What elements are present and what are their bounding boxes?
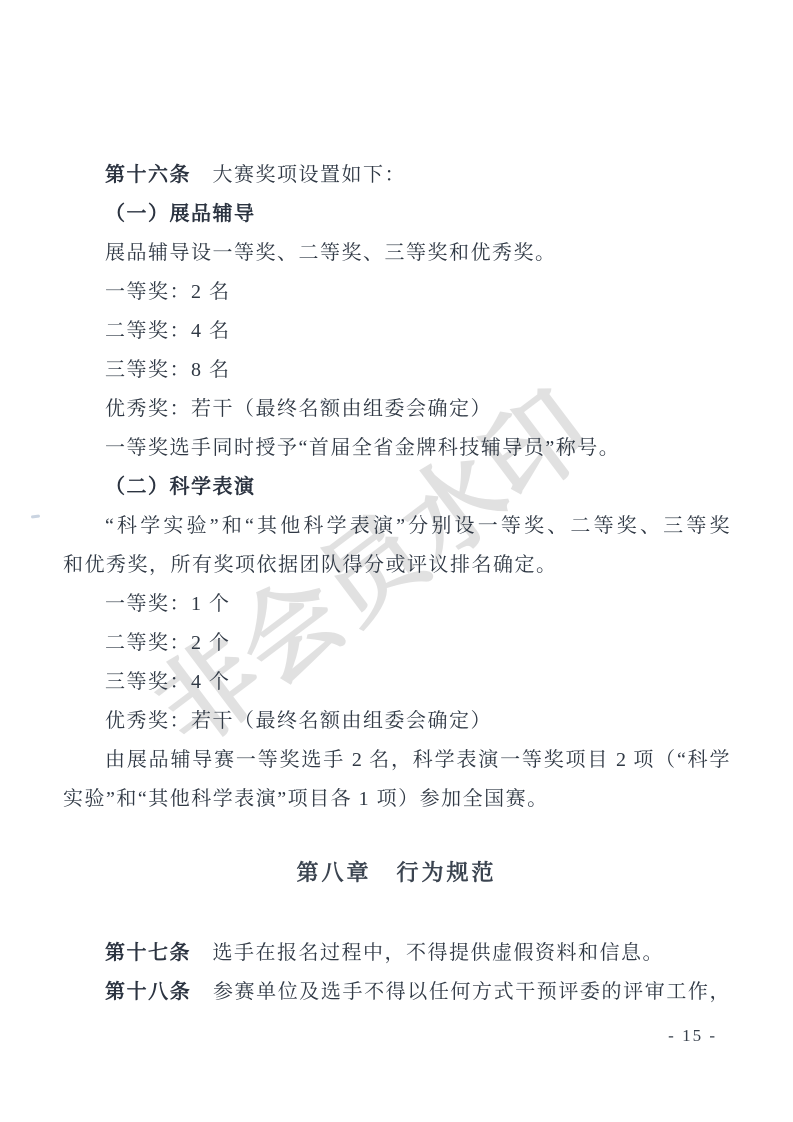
doc-line-article-18: 第十八条 参赛单位及选手不得以任何方式干预评委的评审工作， (63, 973, 730, 1012)
scan-artifact-mark (31, 514, 40, 518)
doc-line-second-prize: 二等奖：4 名 (63, 312, 730, 351)
doc-line-title-award: 一等奖选手同时授予“首届全省金牌科技辅导员”称号。 (63, 429, 730, 468)
doc-line-article-17: 第十七条 选手在报名过程中，不得提供虚假资料和信息。 (63, 934, 730, 973)
doc-line-section-2-title: （二）科学表演 (63, 468, 730, 507)
doc-line-first-prize: 一等奖：2 名 (63, 273, 730, 312)
document-body: 第十六条 大赛奖项设置如下： （一）展品辅导 展品辅导设一等奖、二等奖、三等奖和… (63, 156, 730, 1012)
chapter-heading: 第八章 行为规范 (63, 853, 730, 892)
doc-line-article-16: 第十六条 大赛奖项设置如下： (63, 156, 730, 195)
doc-line: 和优秀奖，所有奖项依据团队得分或评议排名确定。 (63, 546, 730, 585)
doc-line: “科学实验”和“其他科学表演”分别设一等奖、二等奖、三等奖 (63, 507, 730, 546)
doc-line-section-1-title: （一）展品辅导 (63, 195, 730, 234)
doc-line-third-prize: 三等奖：4 个 (63, 663, 730, 702)
doc-line-third-prize: 三等奖：8 名 (63, 351, 730, 390)
doc-line-excellence-prize: 优秀奖：若干（最终名额由组委会确定） (63, 702, 730, 741)
doc-line: 实验”和“其他科学表演”项目各 1 项）参加全国赛。 (63, 780, 730, 819)
doc-line-national-final: 由展品辅导赛一等奖选手 2 名，科学表演一等奖项目 2 项（“科学 (63, 741, 730, 780)
doc-line-second-prize: 二等奖：2 个 (63, 624, 730, 663)
document-page: 非会员水印 第十六条 大赛奖项设置如下： （一）展品辅导 展品辅导设一等奖、二等… (0, 0, 793, 1122)
doc-line-first-prize: 一等奖：1 个 (63, 585, 730, 624)
page-number: - 15 - (668, 1026, 717, 1046)
doc-line-excellence-prize: 优秀奖：若干（最终名额由组委会确定） (63, 390, 730, 429)
doc-line: 展品辅导设一等奖、二等奖、三等奖和优秀奖。 (63, 234, 730, 273)
